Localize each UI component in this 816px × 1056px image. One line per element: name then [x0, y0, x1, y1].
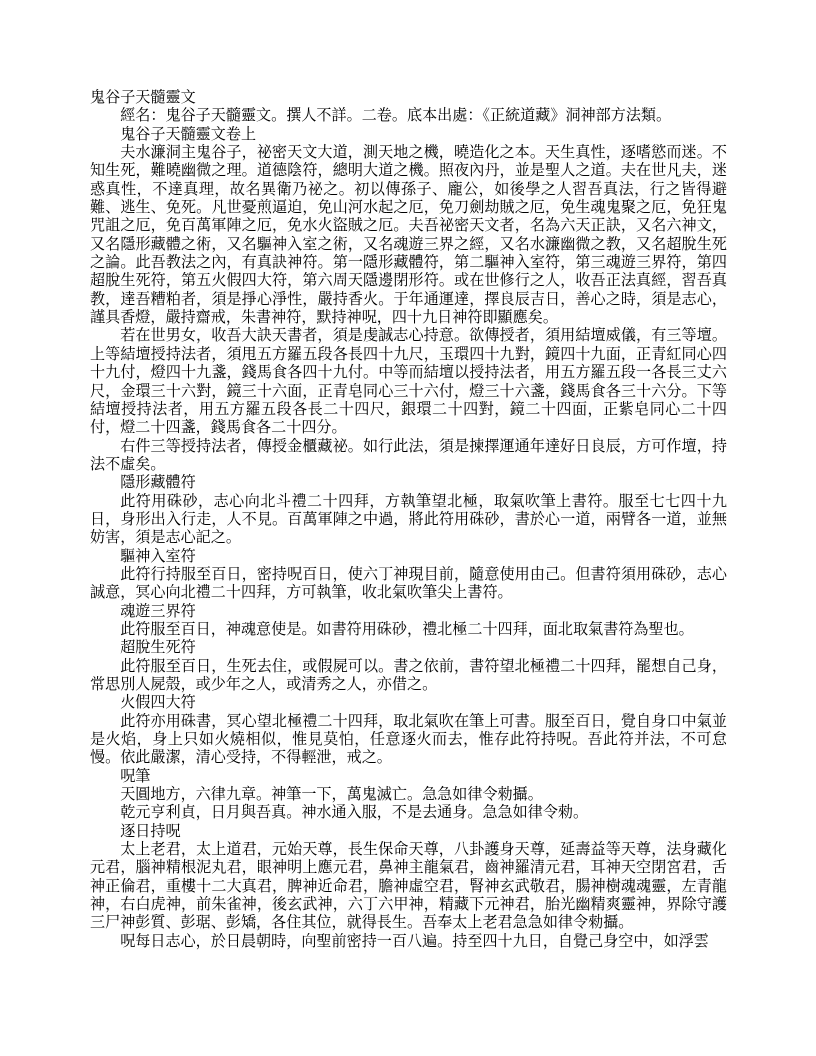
- paragraph: 超脫生死符: [90, 639, 727, 657]
- paragraph: 火假四大符: [90, 694, 727, 712]
- paragraph: 天圓地方，六律九章。神筆一下，萬鬼滅亡。急急如律令勑攝。: [90, 786, 727, 804]
- paragraph: 魂遊三界符: [90, 603, 727, 621]
- paragraph: 夫水濂洞主鬼谷子，祕密天文大道，測天地之機，曉造化之本。天生真性，逐嗜慾而迷。不…: [90, 144, 727, 327]
- paragraph: 右件三等授持法者，傳授金櫃藏祕。如行此法，須是揀擇運通年達好日良辰，方可作壇，持…: [90, 438, 727, 475]
- paragraph: 鬼谷子天髓靈文卷上: [90, 126, 727, 144]
- paragraph: 呪每日志心，於日晨朝時，向聖前密持一百八遍。持至四十九日，自覺己身空中，如浮雲: [90, 933, 727, 951]
- paragraph: 呪筆: [90, 768, 727, 786]
- paragraph: 驅神入室符: [90, 548, 727, 566]
- paragraph: 若在世男女，收吾大訣天書者，須是虔誠志心持意。欲傳授者，須用結壇威儀，有三等壇。…: [90, 327, 727, 437]
- paragraph: 經名：鬼谷子天髓靈文。撰人不詳。二卷。底本出處：《正統道藏》洞神部方法類。: [90, 107, 727, 125]
- paragraph: 太上老君，太上道君，元始天尊，長生保命天尊，八卦護身天尊，延壽益等天尊，法身藏化…: [90, 841, 727, 933]
- paragraph: 逐日持呪: [90, 823, 727, 841]
- paragraph: 隱形藏體符: [90, 474, 727, 492]
- document-text-block: 鬼谷子天髓靈文經名：鬼谷子天髓靈文。撰人不詳。二卷。底本出處：《正統道藏》洞神部…: [90, 89, 727, 951]
- paragraph: 此符用硃砂，志心向北斗禮二十四拜，方執筆望北極，取氣吹筆上書符。服至七七四十九日…: [90, 493, 727, 548]
- paragraph: 此符服至百日，神魂意使是。如書符用硃砂，禮北極二十四拜，面北取氣書符為聖也。: [90, 621, 727, 639]
- paragraph: 此符行持服至百日，密持呪百日，使六丁神現目前，隨意使用由己。但書符須用硃砂，志心…: [90, 566, 727, 603]
- document-page: 鬼谷子天髓靈文經名：鬼谷子天髓靈文。撰人不詳。二卷。底本出處：《正統道藏》洞神部…: [0, 0, 816, 1056]
- paragraph: 此符亦用硃書，冥心望北極禮二十四拜，取北氣吹在筆上可書。服至百日，覺自身口中氣並…: [90, 713, 727, 768]
- paragraph: 乾元亨利貞，日月與吾真。神水通入服，不是去通身。急急如律令勑。: [90, 804, 727, 822]
- paragraph: 此符服至百日，生死去住，或假屍可以。書之依前，書符望北極禮二十四拜，罷想自己身，…: [90, 658, 727, 695]
- document-title: 鬼谷子天髓靈文: [90, 89, 727, 107]
